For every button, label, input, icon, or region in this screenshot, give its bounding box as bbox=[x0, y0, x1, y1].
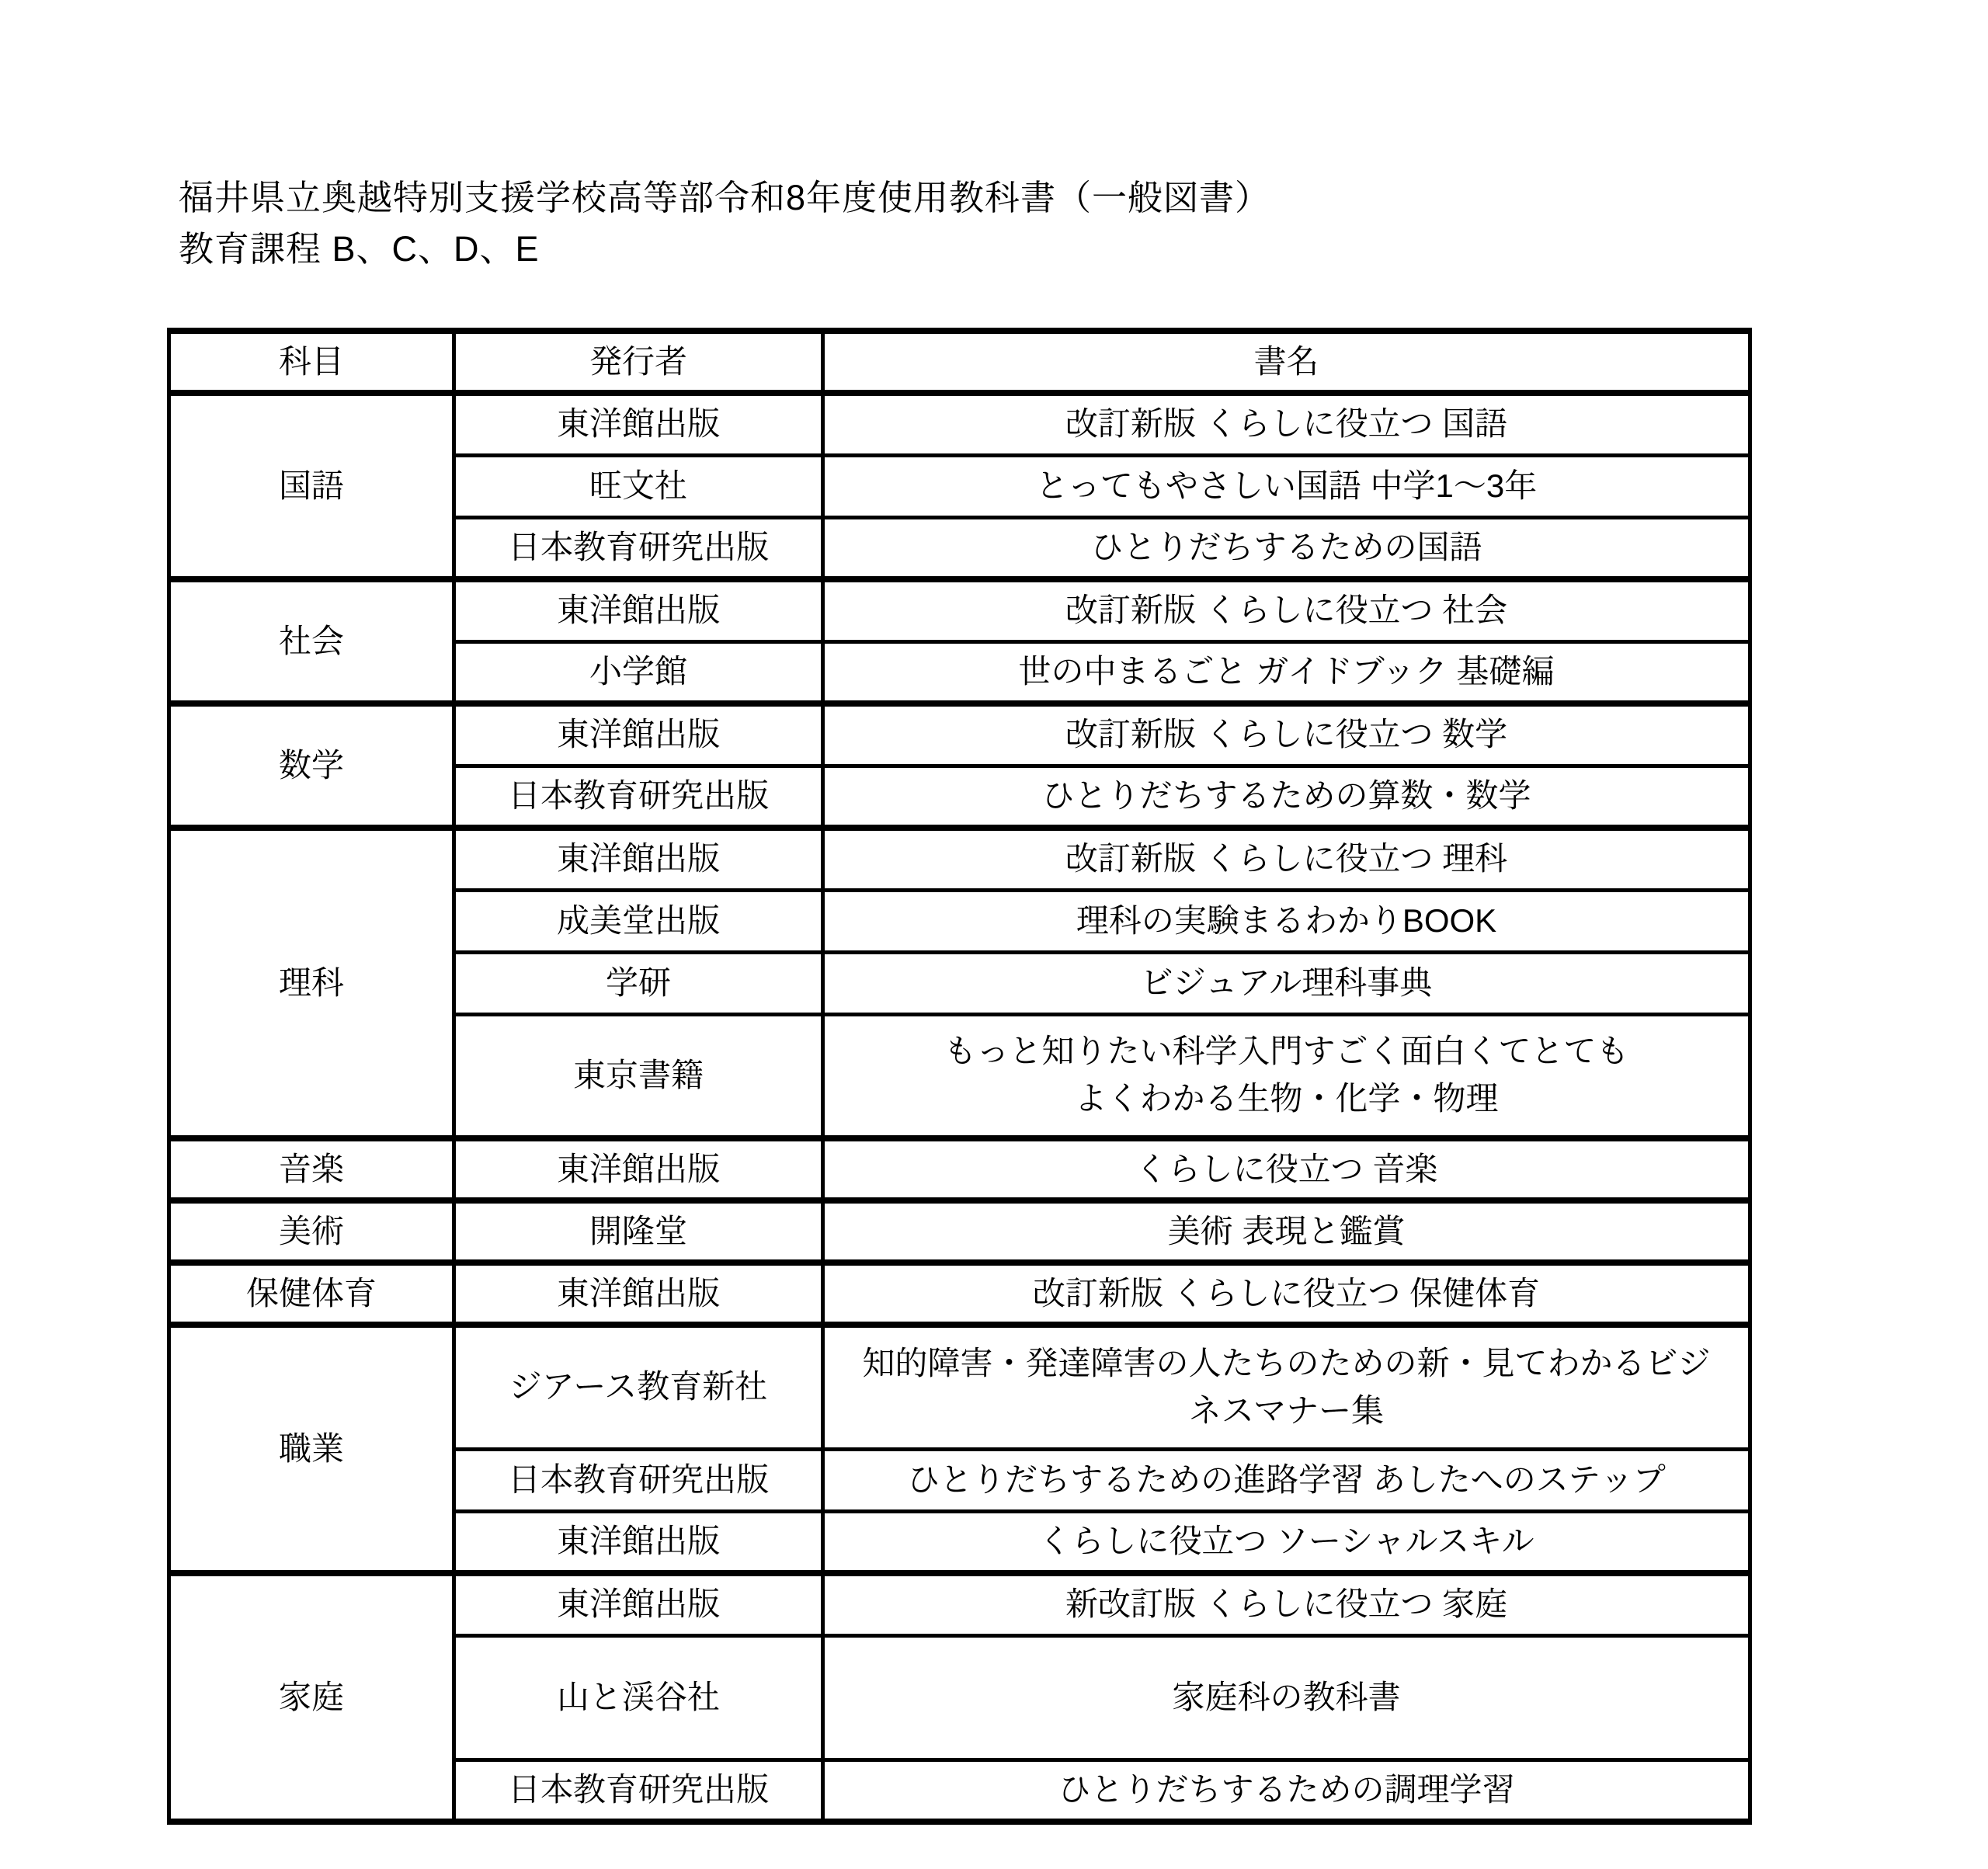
publisher-cell: 日本教育研究出版 bbox=[454, 766, 823, 828]
subject-cell-kokugo: 国語 bbox=[169, 393, 454, 579]
table-row: 音楽 東洋館出版 くらしに役立つ 音楽 bbox=[169, 1138, 1750, 1200]
subject-cell-shakai: 社会 bbox=[169, 579, 454, 703]
subject-cell-shokugyo: 職業 bbox=[169, 1325, 454, 1573]
table-row: 理科 東洋館出版 改訂新版 くらしに役立つ 理科 bbox=[169, 828, 1750, 890]
publisher-cell: 開隆堂 bbox=[454, 1200, 823, 1263]
book-title-cell: くらしに役立つ 音楽 bbox=[823, 1138, 1750, 1200]
book-title-cell: もっと知りたい科学入門すごく面白くてとても よくわかる生物・化学・物理 bbox=[823, 1014, 1750, 1138]
publisher-cell: 学研 bbox=[454, 952, 823, 1014]
column-header-book-title: 書名 bbox=[823, 331, 1750, 393]
book-title-cell: くらしに役立つ ソーシャルスキル bbox=[823, 1511, 1750, 1573]
publisher-cell: 東洋館出版 bbox=[454, 1138, 823, 1200]
book-title-cell: 新改訂版 くらしに役立つ 家庭 bbox=[823, 1573, 1750, 1635]
subject-cell-rika: 理科 bbox=[169, 828, 454, 1138]
document-title-line1: 福井県立奥越特別支援学校高等部令和8年度使用教科書（一般図書） bbox=[179, 172, 1270, 224]
publisher-cell: 日本教育研究出版 bbox=[454, 1760, 823, 1822]
publisher-cell: 東洋館出版 bbox=[454, 828, 823, 890]
publisher-cell: 山と渓谷社 bbox=[454, 1635, 823, 1760]
book-title-cell: 改訂新版 くらしに役立つ 保健体育 bbox=[823, 1263, 1750, 1325]
subject-cell-ongaku: 音楽 bbox=[169, 1138, 454, 1200]
book-title-cell: 改訂新版 くらしに役立つ 理科 bbox=[823, 828, 1750, 890]
table-row: 美術 開隆堂 美術 表現と鑑賞 bbox=[169, 1200, 1750, 1263]
publisher-cell: 日本教育研究出版 bbox=[454, 1449, 823, 1511]
table-header-row: 科目 発行者 書名 bbox=[169, 331, 1750, 393]
book-title-cell: 改訂新版 くらしに役立つ 社会 bbox=[823, 579, 1750, 641]
book-title-cell: 改訂新版 くらしに役立つ 国語 bbox=[823, 393, 1750, 455]
subject-cell-hokentaiiku: 保健体育 bbox=[169, 1263, 454, 1325]
publisher-cell: 東洋館出版 bbox=[454, 1511, 823, 1573]
publisher-cell: 成美堂出版 bbox=[454, 890, 823, 952]
book-title-cell: 家庭科の教科書 bbox=[823, 1635, 1750, 1760]
book-title-cell: 理科の実験まるわかりBOOK bbox=[823, 890, 1750, 952]
publisher-cell: 東洋館出版 bbox=[454, 393, 823, 455]
publisher-cell: ジアース教育新社 bbox=[454, 1325, 823, 1449]
book-title-cell: ひとりだちするための進路学習 あしたへのステップ bbox=[823, 1449, 1750, 1511]
document-title-line2: 教育課程 B、C、D、E bbox=[179, 224, 1270, 275]
publisher-cell: 旺文社 bbox=[454, 455, 823, 517]
table-row: 家庭 東洋館出版 新改訂版 くらしに役立つ 家庭 bbox=[169, 1573, 1750, 1635]
book-title-cell: 知的障害・発達障害の人たちのための新・見てわかるビジ ネスマナー集 bbox=[823, 1325, 1750, 1449]
book-title-cell: ひとりだちするための算数・数学 bbox=[823, 766, 1750, 828]
publisher-cell: 東洋館出版 bbox=[454, 1263, 823, 1325]
book-title-cell: 改訂新版 くらしに役立つ 数学 bbox=[823, 703, 1750, 766]
document-page: 福井県立奥越特別支援学校高等部令和8年度使用教科書（一般図書） 教育課程 B、C… bbox=[0, 0, 1988, 1869]
table-row: 保健体育 東洋館出版 改訂新版 くらしに役立つ 保健体育 bbox=[169, 1263, 1750, 1325]
subject-cell-sugaku: 数学 bbox=[169, 703, 454, 828]
subject-cell-bijutsu: 美術 bbox=[169, 1200, 454, 1263]
book-title-cell: ひとりだちするための国語 bbox=[823, 517, 1750, 579]
book-title-cell: 美術 表現と鑑賞 bbox=[823, 1200, 1750, 1263]
publisher-cell: 東洋館出版 bbox=[454, 703, 823, 766]
subject-cell-katei: 家庭 bbox=[169, 1573, 454, 1822]
publisher-cell: 東洋館出版 bbox=[454, 579, 823, 641]
column-header-subject: 科目 bbox=[169, 331, 454, 393]
publisher-cell: 東京書籍 bbox=[454, 1014, 823, 1138]
book-title-cell: 世の中まるごと ガイドブック 基礎編 bbox=[823, 641, 1750, 703]
book-title-cell: とってもやさしい国語 中学1～3年 bbox=[823, 455, 1750, 517]
publisher-cell: 小学館 bbox=[454, 641, 823, 703]
table-row: 社会 東洋館出版 改訂新版 くらしに役立つ 社会 bbox=[169, 579, 1750, 641]
book-title-cell: ビジュアル理科事典 bbox=[823, 952, 1750, 1014]
book-title-cell: ひとりだちするための調理学習 bbox=[823, 1760, 1750, 1822]
textbook-table: 科目 発行者 書名 国語 東洋館出版 改訂新版 くらしに役立つ 国語 旺文社 と… bbox=[167, 328, 1752, 1825]
publisher-cell: 日本教育研究出版 bbox=[454, 517, 823, 579]
table-row: 国語 東洋館出版 改訂新版 くらしに役立つ 国語 bbox=[169, 393, 1750, 455]
document-title: 福井県立奥越特別支援学校高等部令和8年度使用教科書（一般図書） 教育課程 B、C… bbox=[179, 172, 1270, 275]
publisher-cell: 東洋館出版 bbox=[454, 1573, 823, 1635]
table-row: 数学 東洋館出版 改訂新版 くらしに役立つ 数学 bbox=[169, 703, 1750, 766]
table-row: 職業 ジアース教育新社 知的障害・発達障害の人たちのための新・見てわかるビジ ネ… bbox=[169, 1325, 1750, 1449]
column-header-publisher: 発行者 bbox=[454, 331, 823, 393]
